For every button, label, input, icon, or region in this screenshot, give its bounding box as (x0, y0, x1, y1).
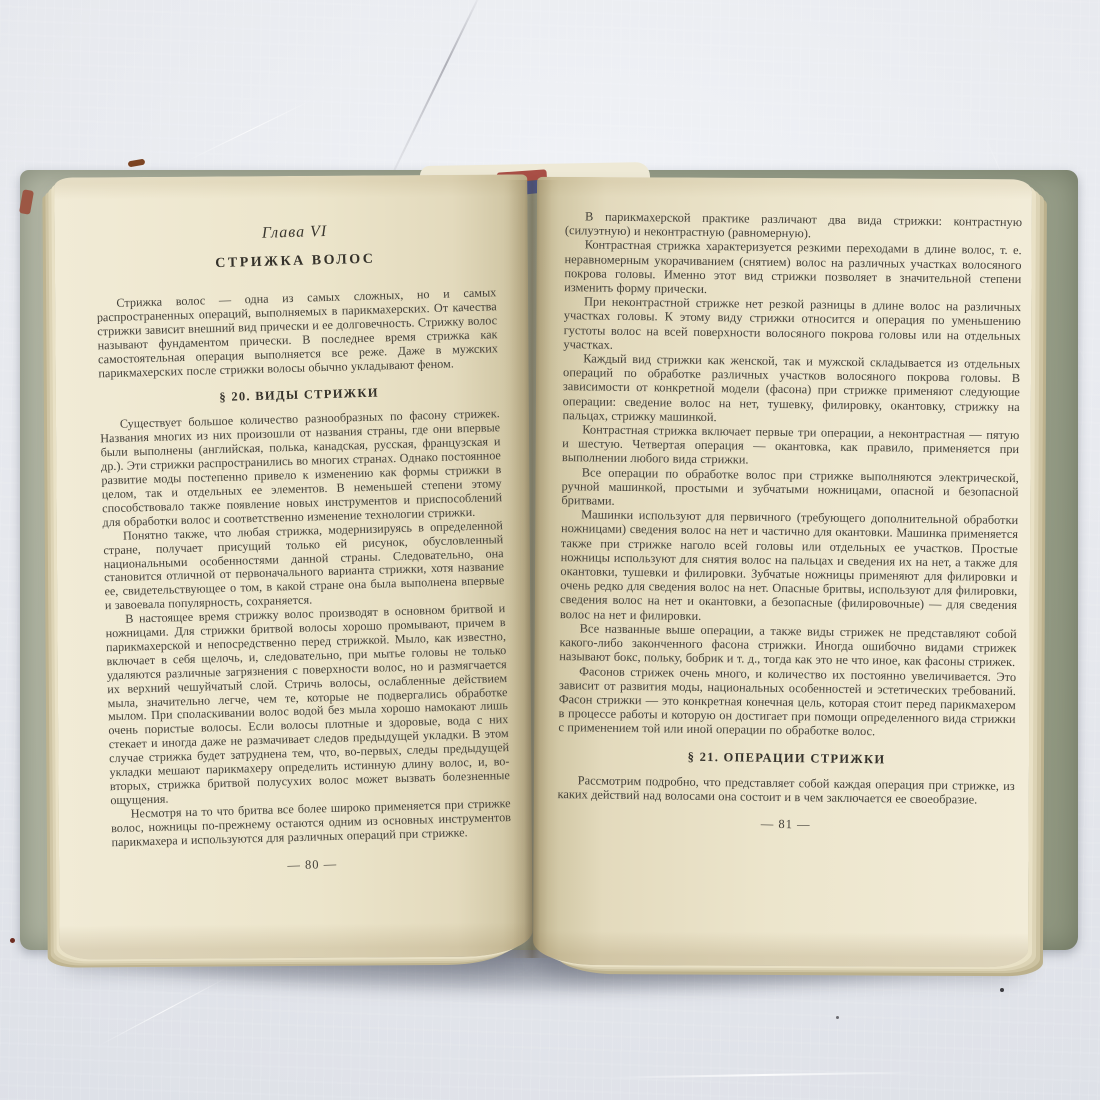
paragraph: Машинки используют для первичного (требу… (560, 507, 1018, 627)
paint-speck (128, 159, 146, 168)
paragraph: Фасонов стрижек очень много, и количеств… (558, 664, 1016, 741)
paragraph: Стрижка волос — одна из самых сложных, н… (96, 286, 498, 381)
cover-speck (10, 938, 15, 943)
section-heading-21: § 21. ОПЕРАЦИИ СТРИЖКИ (558, 748, 1015, 769)
right-page: В парикмахерской практике различают два … (533, 177, 1032, 968)
left-page-content: Глава VI СТРИЖКА ВОЛОС Стрижка волос — о… (54, 174, 532, 879)
left-page: Глава VI СТРИЖКА ВОЛОС Стрижка волос — о… (54, 174, 532, 959)
paragraph: Каждый вид стрижки как женской, так и му… (562, 351, 1020, 428)
page-number-81: — 81 — (557, 814, 1014, 835)
paragraph: Все названные выше операции, а также вид… (559, 621, 1017, 670)
right-page-content: В парикмахерской практике различают два … (533, 177, 1032, 835)
chapter-title: СТРИЖКА ВОЛОС (95, 248, 495, 275)
paragraph: Все операции по обработке волос при стри… (561, 465, 1019, 514)
chapter-heading: Глава VI (94, 218, 494, 247)
paragraph: При неконтрастной стрижке нет резкой раз… (563, 294, 1021, 357)
paragraph: Рассмотрим подробно, что представляет со… (557, 773, 1014, 807)
paragraph: Понятно также, что любая стрижка, модерн… (103, 519, 505, 614)
section-heading-20: § 20. ВИДЫ СТРИЖКИ (99, 383, 499, 409)
paragraph: Контрастная стрижка характеризуется резк… (564, 238, 1022, 301)
paragraph: В настоящее время стрижку волос производ… (105, 602, 510, 808)
page-number-80: — 80 — (112, 852, 512, 878)
paragraph: Существует большое количество разнообраз… (100, 408, 503, 530)
scratch-mark (187, 99, 313, 161)
scratch-mark (610, 1071, 920, 1078)
paragraph: Несмотря на то что бритва все более широ… (111, 797, 512, 850)
paragraph: Контрастная стрижка включает первые три … (562, 422, 1020, 471)
